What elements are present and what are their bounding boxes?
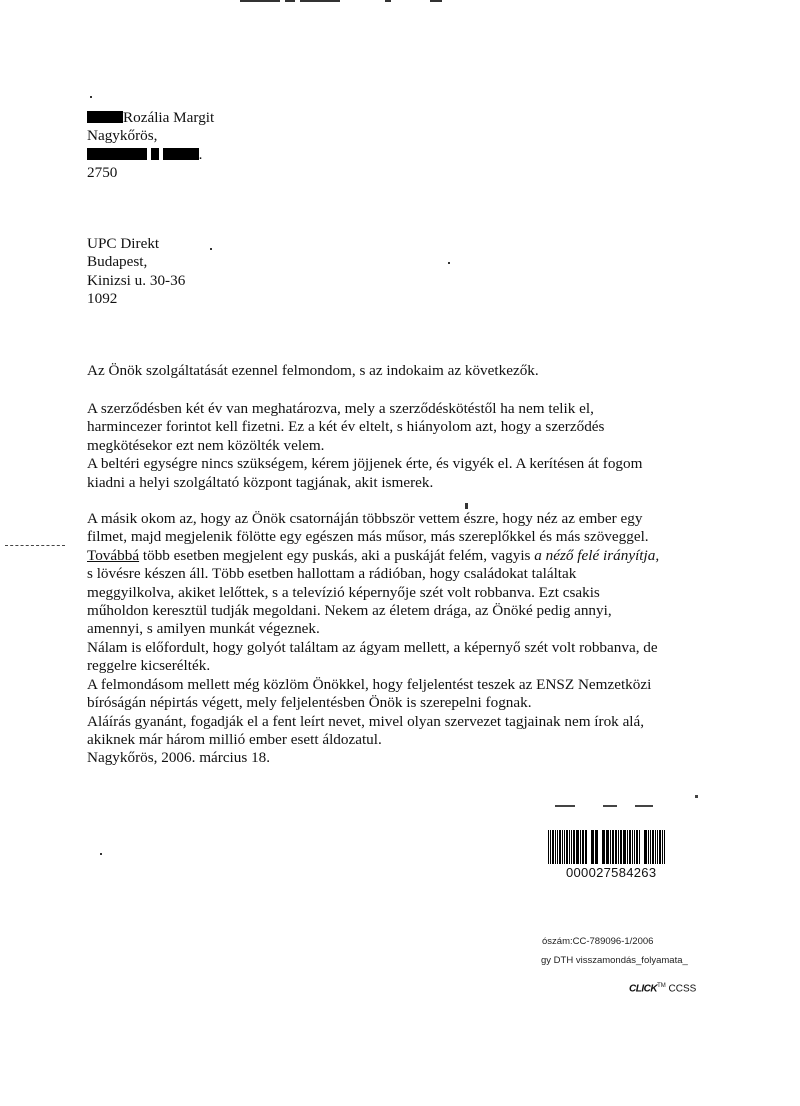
body-text: több esetben megjelent egy puskás, aki a… <box>139 547 534 564</box>
barcode-bar <box>559 830 561 864</box>
scan-speck <box>100 853 102 855</box>
barcode-bar <box>652 830 654 864</box>
barcode-bar <box>612 830 614 864</box>
barcode-bar <box>627 830 628 864</box>
barcode-number: 000027584263 <box>548 865 713 880</box>
recipient-street: Kinizsi u. 30-36 <box>87 272 185 290</box>
sender-postcode: 2750 <box>87 164 214 182</box>
barcode-bar <box>582 830 584 864</box>
barcode-bar <box>552 830 554 864</box>
barcode-bar <box>620 830 622 864</box>
date-line: Nagykőrös, 2006. március 18. <box>87 749 659 767</box>
body-line: Aláírás gyanánt, fogadják el a fent leír… <box>87 713 659 731</box>
body-line: megkötésekor ezt nem közölték velem. <box>87 437 659 455</box>
barcode-bar <box>650 830 651 864</box>
underlined-word: Továbbá <box>87 547 139 564</box>
barcode-bar <box>655 830 656 864</box>
body-line: A szerződésben két év van meghatározva, … <box>87 400 659 418</box>
barcode-bar <box>591 830 594 864</box>
redacted-surname <box>87 111 123 123</box>
barcode-bar <box>562 830 563 864</box>
barcode-bar <box>632 830 633 864</box>
barcode-bar <box>662 830 663 864</box>
body-line: amennyi, s amilyen munkát végeznek. <box>87 620 659 638</box>
scan-artifact-marks <box>555 805 715 809</box>
recipient-city: Budapest, <box>87 253 185 271</box>
barcode-bar <box>595 830 598 864</box>
recipient-address: UPC Direkt Budapest, Kinizsi u. 30-36 10… <box>87 235 185 309</box>
body-line: Nálam is előfordult, hogy golyót találta… <box>87 639 659 657</box>
body-line: Továbbá több esetben megjelent egy puská… <box>87 547 659 565</box>
body-line: A másik okom az, hogy az Önök csatornájá… <box>87 510 659 528</box>
body-line: akiknek már három millió ember esett áld… <box>87 731 659 749</box>
scan-speck <box>90 96 92 98</box>
barcode-bar <box>602 830 605 864</box>
brand-logo: CLICK <box>629 983 657 994</box>
barcode-bar <box>636 830 638 864</box>
sender-name-line: Rozália Margit <box>87 109 214 127</box>
barcode-bar <box>664 830 665 864</box>
scanned-letter-page: Rozália Margit Nagykőrös, . 2750 UPC Dir… <box>0 0 800 1106</box>
intro-text: Az Önök szolgáltatását ezennel felmondom… <box>87 362 539 380</box>
barcode-bar <box>629 830 631 864</box>
sender-city: Nagykőrös, <box>87 127 214 145</box>
barcode-bar <box>550 830 551 864</box>
margin-annotation-line <box>5 545 65 546</box>
barcode-bar <box>641 830 643 864</box>
paragraph-reasons: A másik okom az, hogy az Önök csatornájá… <box>87 510 659 768</box>
barcode <box>548 830 713 864</box>
barcode-bar <box>610 830 611 864</box>
recipient-company: UPC Direkt <box>87 235 185 253</box>
barcode-bar <box>639 830 640 864</box>
body-line: reggelre kicserélték. <box>87 657 659 675</box>
barcode-bar <box>657 830 658 864</box>
body-line: meggyilkolva, akiket lelőttek, s a telev… <box>87 584 659 602</box>
brand-stamp: CLICKTM CCSS <box>629 983 696 994</box>
body-line: filmet, majd megjelenik fölötte egy egés… <box>87 528 659 546</box>
barcode-bar <box>659 830 661 864</box>
letter-body: A szerződésben két év van meghatározva, … <box>87 400 659 768</box>
redacted-street <box>87 148 147 160</box>
redacted-house-number <box>163 148 199 160</box>
recipient-postcode: 1092 <box>87 290 185 308</box>
street-suffix: . <box>199 146 203 163</box>
barcode-label: 000027584263 <box>548 830 713 880</box>
barcode-bar <box>576 830 579 864</box>
sender-address: Rozália Margit Nagykőrös, . 2750 <box>87 109 214 183</box>
body-line: A felmondásom mellett még közlöm Önökkel… <box>87 676 659 694</box>
body-line: műholdon keresztül tudják megoldani. Nek… <box>87 602 659 620</box>
barcode-bar <box>588 830 590 864</box>
barcode-bar <box>615 830 617 864</box>
intro-line: Az Önök szolgáltatását ezennel felmondom… <box>87 362 539 380</box>
barcode-bar <box>606 830 609 864</box>
brand-suffix: CCSS <box>669 983 697 994</box>
barcode-bar <box>571 830 572 864</box>
barcode-bar <box>634 830 635 864</box>
barcode-bar <box>573 830 575 864</box>
scan-speck <box>210 248 212 250</box>
body-line: harmincezer forintot kell fizetni. Ez a … <box>87 418 659 436</box>
italic-phrase: a néző felé irányítja, <box>534 547 659 564</box>
barcode-bar <box>557 830 558 864</box>
sender-street-line: . <box>87 146 214 164</box>
barcode-bar <box>585 830 587 864</box>
trademark: TM <box>657 983 666 989</box>
process-label: gy DTH visszamondás_folyamata_ <box>541 955 688 966</box>
barcode-bar <box>648 830 649 864</box>
pen-mark <box>465 503 468 509</box>
scan-speck <box>448 262 450 264</box>
barcode-bar <box>564 830 565 864</box>
barcode-bar <box>618 830 619 864</box>
body-line: bíróságán népirtás végett, mely feljelen… <box>87 694 659 712</box>
reference-number: ószám:CC-789096-1/2006 <box>542 936 653 947</box>
barcode-bar <box>548 830 549 864</box>
barcode-bar <box>569 830 570 864</box>
barcode-bar <box>599 830 601 864</box>
paragraph-contract: A szerződésben két év van meghatározva, … <box>87 400 659 492</box>
redacted-street-abbr <box>151 148 159 160</box>
body-line: kiadni a helyi szolgáltató központ tagjá… <box>87 474 659 492</box>
barcode-bar <box>580 830 581 864</box>
barcode-bar <box>555 830 556 864</box>
body-line: s lövésre készen áll. Több esetben hallo… <box>87 565 659 583</box>
sender-name: Rozália Margit <box>123 109 214 126</box>
barcode-bar <box>623 830 626 864</box>
barcode-bar <box>566 830 568 864</box>
barcode-bar <box>644 830 647 864</box>
body-line: A beltéri egységre nincs szükségem, kére… <box>87 455 659 473</box>
